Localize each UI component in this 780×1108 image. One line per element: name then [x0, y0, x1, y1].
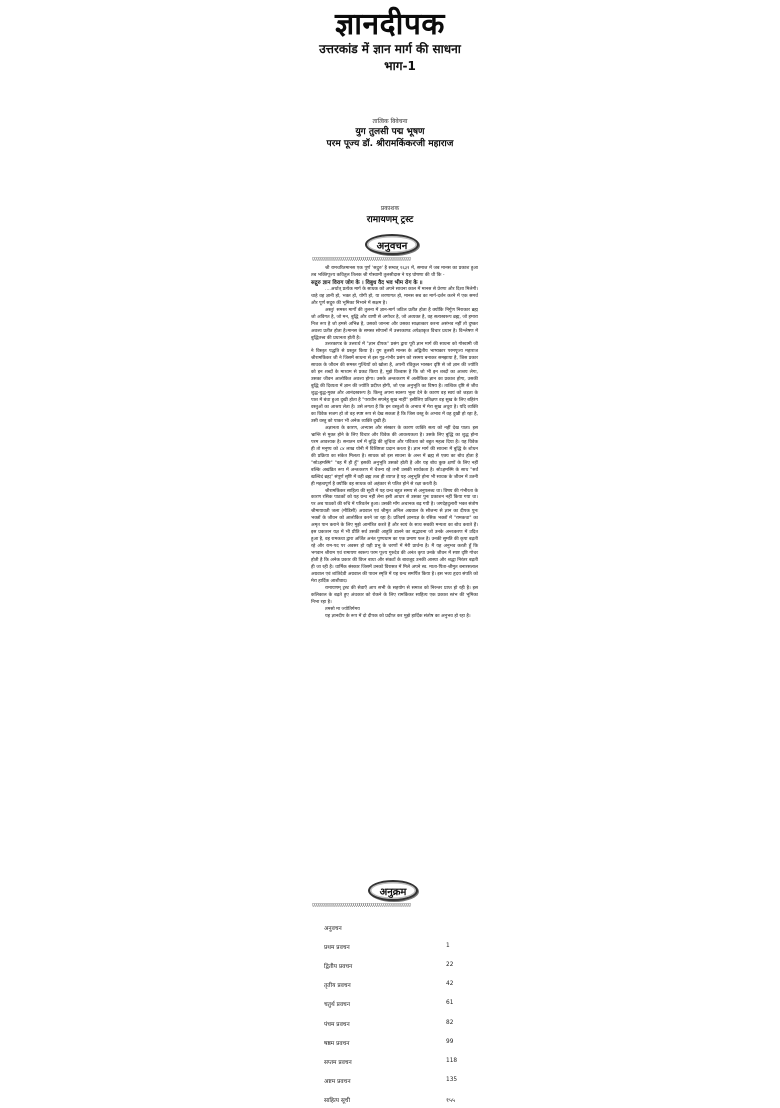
- toc-entry[interactable]: द्वितीय प्रवचन 22: [324, 962, 464, 972]
- preface-paragraph: ....अर्थात् प्रत्येक मार्ग के साधक को अप…: [311, 287, 478, 308]
- preface-divider: ◊◊◊◊◊◊◊◊◊◊◊◊◊◊◊◊◊◊◊◊◊◊◊◊◊◊◊◊◊◊◊◊◊◊◊◊◊◊◊◊…: [312, 257, 478, 261]
- contents-heading-text: अनुक्रम: [380, 884, 407, 898]
- toc-entry-page: 1: [446, 943, 450, 949]
- toc-entry[interactable]: साहित्य सूची १५५: [324, 1096, 464, 1106]
- preface-text: श्री रामचरितमानस एक पूर्ण 'सद्गुरु' है स…: [311, 266, 478, 621]
- publisher-label: प्रकाशक: [0, 204, 780, 212]
- preface-paragraph: उत्तरकाण्ड के उत्तरार्ध में "ज्ञान दीपक"…: [311, 342, 478, 425]
- toc-entry-label: चतुर्थ प्रवचन: [324, 1000, 350, 1008]
- toc-entry[interactable]: षष्ठम प्रवचन 99: [324, 1039, 464, 1049]
- book-title: ज्ञानदीपक: [0, 2, 780, 43]
- toc-entry-label: षष्ठम प्रवचन: [324, 1039, 350, 1047]
- toc-entry-page: 22: [446, 962, 453, 968]
- preface-paragraph: श्रीरामकिंकर साहित्य की सूची में यह ग्रन…: [311, 489, 478, 586]
- toc-entry-label: तृतीय प्रवचन: [324, 981, 351, 989]
- toc-entry-label: प्रथम प्रवचन: [324, 943, 350, 951]
- preface-paragraph: यह ज्ञानदीप के रूप में दो दीपक को प्रदीप…: [311, 614, 478, 621]
- toc-entry[interactable]: प्रथम प्रवचन 1: [324, 943, 464, 953]
- toc-entry-page: १५५: [446, 1096, 455, 1104]
- toc-entry[interactable]: पंचम प्रवचन 82: [324, 1020, 464, 1030]
- toc-entry-page: 118: [446, 1058, 457, 1064]
- toc-entry[interactable]: अनुवचन: [324, 924, 464, 934]
- book-page: ज्ञानदीपक उत्तरकांड में ज्ञान मार्ग की स…: [0, 0, 780, 1108]
- toc-entry[interactable]: चतुर्थ प्रवचन 61: [324, 1000, 464, 1010]
- toc-entry-label: अष्टम प्रवचन: [324, 1077, 351, 1085]
- toc-entry-label: सप्तम प्रवचन: [324, 1058, 352, 1066]
- contents-heading: अनुक्रम: [368, 880, 418, 901]
- book-part: भाग-1: [10, 57, 780, 74]
- toc-entry-label: द्वितीय प्रवचन: [324, 962, 352, 970]
- toc-entry-page: 82: [446, 1020, 453, 1026]
- preface-heading-text: अनुवचन: [377, 238, 408, 252]
- toc-entry-label: साहित्य सूची: [324, 1096, 350, 1104]
- preface-heading: अनुवचन: [365, 234, 419, 255]
- preface-paragraph: श्री रामचरितमानस एक पूर्ण 'सद्गुरु' है स…: [311, 266, 478, 280]
- toc-entry[interactable]: अष्टम प्रवचन 135: [324, 1077, 464, 1087]
- preface-verse: सद्गुरु ज्ञान विराग जोग के । विबुध वैद भ…: [311, 280, 478, 287]
- contents-divider: ◊◊◊◊◊◊◊◊◊◊◊◊◊◊◊◊◊◊◊◊◊◊◊◊◊◊◊◊◊◊◊◊◊◊◊◊◊◊◊◊…: [312, 903, 478, 907]
- preface-paragraph: अस्तु! समस्त मार्गों की तुलना में ज्ञान-…: [311, 308, 478, 343]
- toc-entry-page: 99: [446, 1039, 453, 1045]
- toc-entry-page: 135: [446, 1077, 457, 1083]
- preface-paragraph: रामायणम् ट्रस्ट की सेवाएँ आप सभी के सहयो…: [311, 586, 478, 607]
- toc-entry-page: 61: [446, 1000, 453, 1006]
- preface-paragraph: अज्ञानता के कारण, अभ्यास और संस्कार के क…: [311, 426, 478, 489]
- toc-entry-label: पंचम प्रवचन: [324, 1020, 350, 1028]
- toc-entry-page: 42: [446, 981, 453, 987]
- toc-entry[interactable]: तृतीय प्रवचन 42: [324, 981, 464, 991]
- author-name: परम पूज्य डॉ. श्रीरामकिंकरजी महाराज: [0, 136, 780, 149]
- publisher-name: रामायणम् ट्रस्ट: [0, 212, 780, 225]
- toc-entry-label: अनुवचन: [324, 924, 342, 932]
- preface-motto: तमसो मा ज्योतिर्गमय: [311, 607, 478, 614]
- toc-entry[interactable]: सप्तम प्रवचन 118: [324, 1058, 464, 1068]
- book-subtitle: उत्तरकांड में ज्ञान मार्ग की साधना: [0, 40, 780, 57]
